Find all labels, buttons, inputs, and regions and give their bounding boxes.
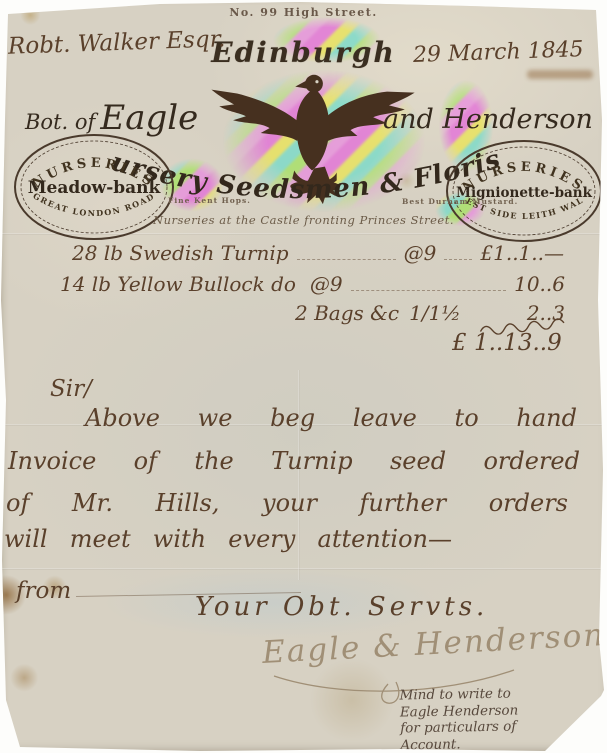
letter-line: will meet with every attention— bbox=[4, 525, 452, 553]
signature: Eagle & Henderson bbox=[261, 617, 606, 671]
invoice-item: 28 lb Swedish Turnip bbox=[72, 241, 289, 265]
document-date: 29 March 1845 bbox=[413, 37, 584, 68]
ink-dashes bbox=[444, 259, 472, 260]
letter-line: Above we beg leave to hand bbox=[85, 404, 577, 432]
invoice-row: 14 lb Yellow Bullock do @9 10..6 bbox=[60, 272, 565, 297]
ink-smudge bbox=[527, 70, 593, 79]
invoice-rate: 1/1½ bbox=[409, 301, 461, 325]
invoice-item: 2 Bags &c bbox=[295, 301, 399, 325]
invoice-row: 28 lb Swedish Turnip @9 £1..1..— bbox=[72, 241, 564, 266]
pencil-memo-line: Account. bbox=[400, 734, 572, 753]
pencil-memo: Mind to write to Eagle Henderson for par… bbox=[399, 685, 572, 753]
ink-dashes bbox=[297, 259, 396, 260]
invoice-rate: @9 bbox=[310, 272, 343, 296]
street-address: No. 99 High Street. bbox=[229, 6, 377, 19]
invoice-amount: £1..1..— bbox=[480, 241, 564, 265]
seal-name: Meadow-bank bbox=[28, 178, 162, 198]
product-note-left: Fine Kent Hops. bbox=[168, 196, 251, 205]
letter-line: of Mr. Hills, your further orders bbox=[6, 489, 568, 517]
ink-dashes bbox=[351, 290, 506, 291]
fold-crease bbox=[0, 568, 607, 570]
product-note-right: Best Durham Mustard. bbox=[402, 197, 518, 206]
invoice-total: £ 1..13..9 bbox=[452, 330, 562, 356]
nursery-location-note: Nurseries at the Castle fronting Princes… bbox=[153, 213, 454, 227]
invoice-item: 14 lb Yellow Bullock do bbox=[60, 272, 296, 296]
invoice-rate: @9 bbox=[404, 241, 437, 265]
from-word: from bbox=[16, 578, 71, 604]
letter-line: Invoice of the Turnip seed ordered bbox=[8, 447, 580, 475]
scanned-invoice-document: No. 99 High Street. Edinburgh Bot. of Ea… bbox=[0, 0, 607, 753]
invoice-amount: 10..6 bbox=[514, 272, 565, 296]
salutation: Sir/ bbox=[50, 376, 92, 402]
eagle-eye bbox=[315, 80, 318, 83]
closing: Your Obt. Servts. bbox=[195, 592, 488, 622]
aged-paper-sheet: No. 99 High Street. Edinburgh Bot. of Ea… bbox=[0, 0, 607, 753]
mignionettebank-seal: NURSERIES Mignionette-bank WEST SIDE LEI… bbox=[443, 136, 605, 246]
